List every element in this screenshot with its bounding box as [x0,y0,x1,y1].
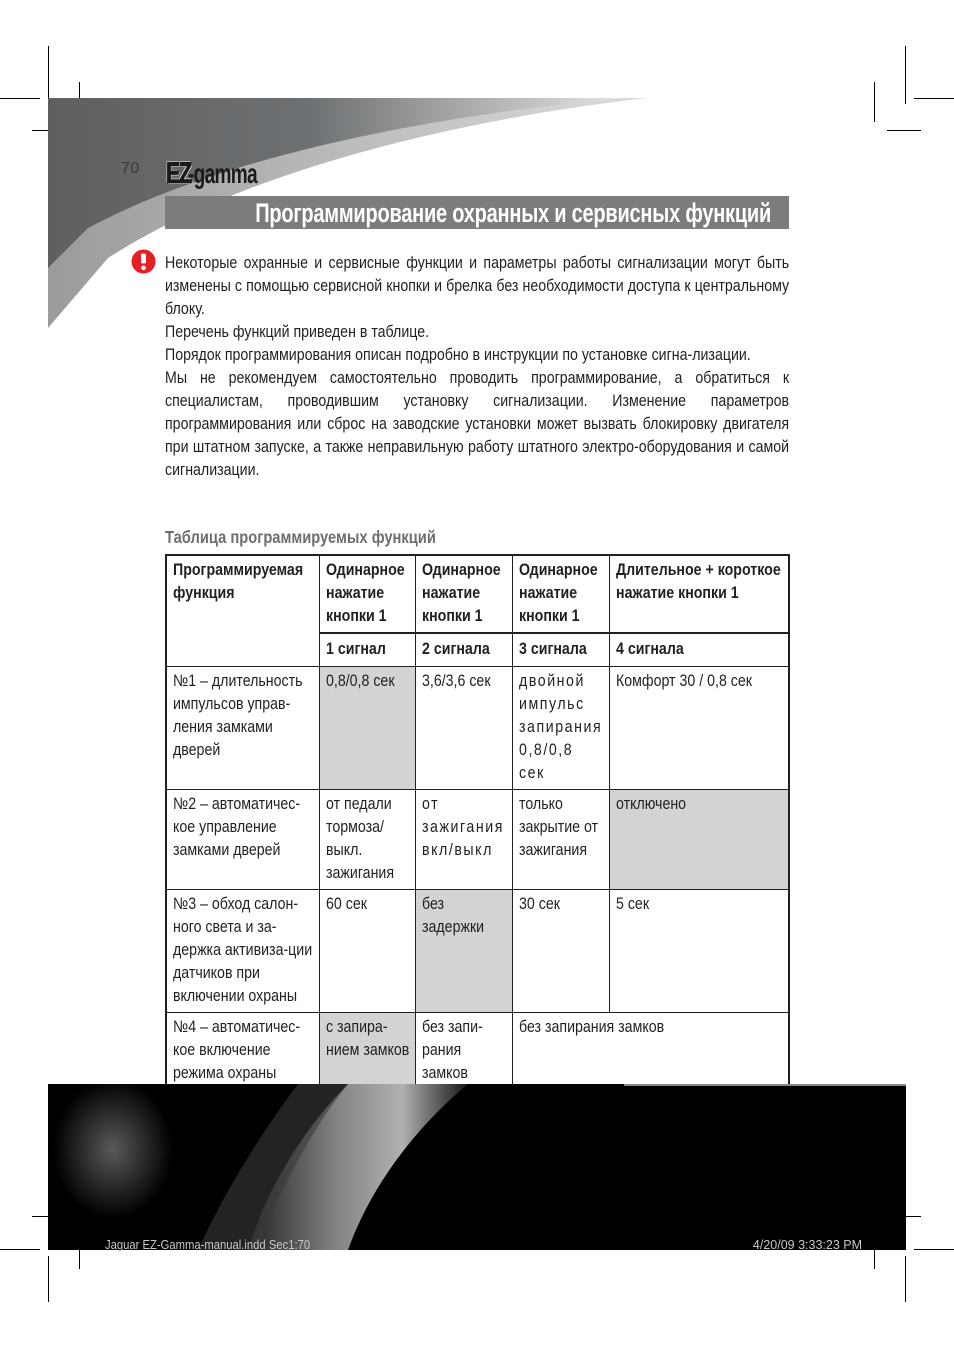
header-press: Одинарное нажатие кнопки 1 [512,555,609,633]
crop-mark [914,1249,954,1250]
table-row: №4 – автоматичес-кое включение режима ох… [166,1013,789,1091]
notice-text: Некоторые охранные и сервисные функции и… [165,252,789,482]
crop-mark [905,46,906,104]
value-cell: 3,6/3,6 сек [415,667,512,790]
functions-table: Программируемая функция Одинарное нажати… [165,554,790,1091]
notice-paragraph: Порядок программирования описан подробно… [165,344,789,367]
value-cell: от зажигания вкл/выкл [415,790,512,890]
value-cell: Комфорт 30 / 0,8 сек [609,667,789,790]
header-press: Длительное + короткое нажатие кнопки 1 [609,555,789,633]
value-cell: без запи-рания замков [415,1013,512,1091]
crop-mark [0,1249,40,1250]
function-cell: №1 – длительность импульсов управ-ления … [166,667,319,790]
value-cell: 5 сек [609,890,789,1013]
section-title: Программирование охранных и сервисных фу… [255,198,771,229]
section-title-bar: Программирование охранных и сервисных фу… [165,196,789,229]
header-signal: 1 сигнал [319,633,415,667]
table-row: №1 – длительность импульсов управ-ления … [166,667,789,790]
page-number: 70 [121,160,140,178]
header-signal: 4 сигнала [609,633,789,667]
value-cell: без задержки [415,890,512,1013]
value-cell: 0,8/0,8 сек [319,667,415,790]
table-header-row: Программируемая функция Одинарное нажати… [166,555,789,633]
notice-paragraph: Некоторые охранные и сервисные функции и… [165,252,789,321]
table-row: №2 – автоматичес-кое управление замками … [166,790,789,890]
header-press: Одинарное нажатие кнопки 1 [319,555,415,633]
crop-mark [0,98,40,99]
brand-logo: EZ -gamma [166,158,290,188]
crop-mark [874,82,875,122]
footer-file-slug: Jaguar EZ-Gamma-manual.indd Sec1:70 [105,1238,310,1252]
brand-logo-suffix: -gamma [188,160,257,188]
header-press: Одинарное нажатие кнопки 1 [415,555,512,633]
table-row: №3 – обход салон-ного света и за-держка … [166,890,789,1013]
notice-paragraph: Перечень функций приведен в таблице. [165,321,789,344]
table-caption: Таблица программируемых функций [165,527,436,548]
function-cell: №3 – обход салон-ного света и за-держка … [166,890,319,1013]
crop-mark [48,46,49,104]
header-signal: 3 сигнала [512,633,609,667]
value-cell: от педали тормоза/ выкл. зажигания [319,790,415,890]
value-cell: двойной импульс запирания 0,8/0,8 сек [512,667,609,790]
jaguar-road-illustration [48,1084,906,1250]
function-cell: №4 – автоматичес-кое включение режима ох… [166,1013,319,1091]
crop-mark [48,1256,49,1302]
crop-mark [905,1256,906,1302]
footer-banner [48,1084,906,1250]
header-signal: 2 сигнала [415,633,512,667]
footer-timestamp: 4/20/09 3:33:23 PM [753,1238,862,1252]
header-function: Программируемая функция [166,555,319,667]
value-cell: 30 сек [512,890,609,1013]
crop-mark [887,130,921,131]
exclamation-icon [131,249,156,274]
value-cell: 60 сек [319,890,415,1013]
notice-paragraph: Мы не рекомендуем самостоятельно проводи… [165,367,789,482]
function-cell: №2 – автоматичес-кое управление замками … [166,790,319,890]
value-cell: отключено [609,790,789,890]
value-cell: только закрытие от зажигания [512,790,609,890]
value-cell: с запира-нием замков [319,1013,415,1091]
crop-mark [914,98,954,99]
value-cell: без запирания замков [512,1013,789,1091]
